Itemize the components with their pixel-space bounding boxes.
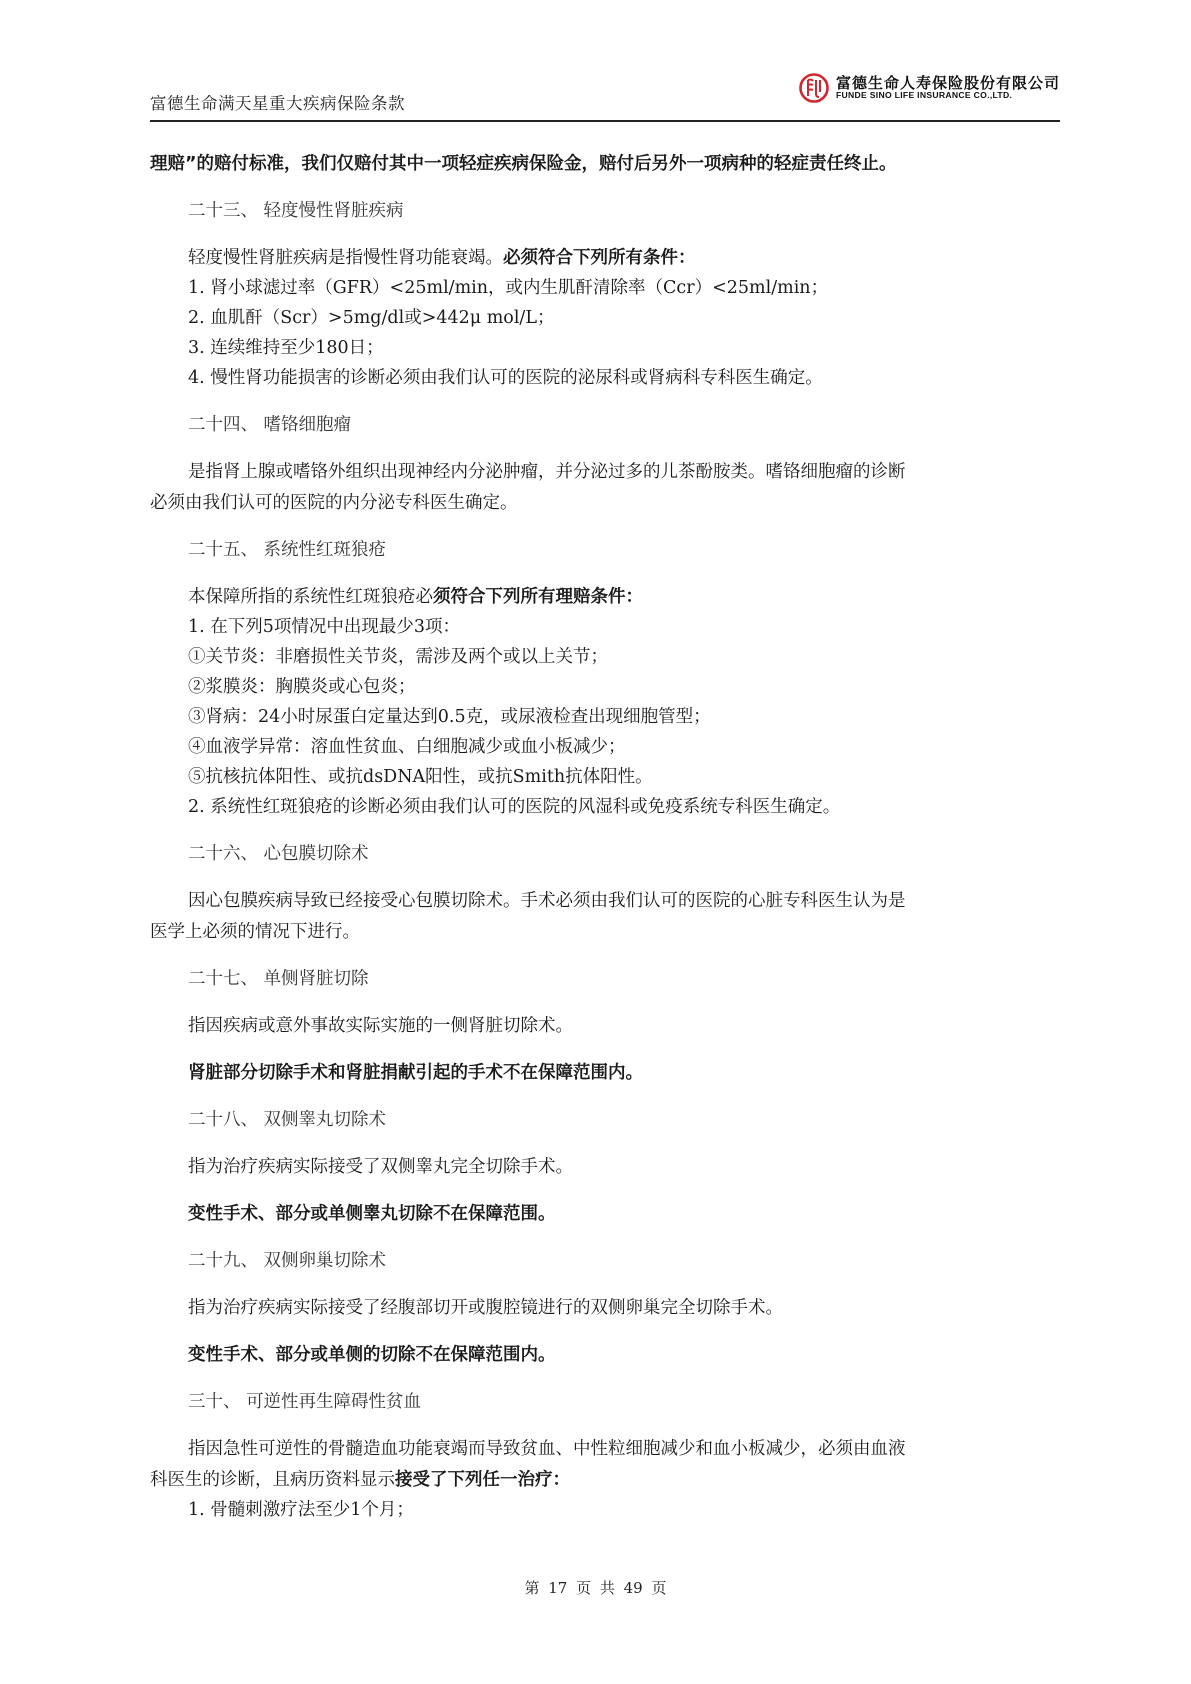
paragraph-text: 科医生的诊断，且病历资料显示 [150,1470,395,1490]
page-header: 富德生命满天星重大疾病保险条款 富德生命人寿保险股份有限公司 FUNDE SIN… [150,68,1060,122]
exclusion-note: 变性手术、部分或单侧的切除不在保障范围内。 [188,1341,556,1366]
section-paragraph: 指因急性可逆性的骨髓造血功能衰竭而导致贫血、中性粒细胞减少和血小板减少，必须由血… [188,1435,906,1460]
lead-text: 本保障所指的系统性红斑狼疮必 [188,587,433,607]
exclusion-note: 变性手术、部分或单侧睾丸切除不在保障范围。 [188,1200,556,1225]
lead-bold-text: 必须符合下列所有条件： [503,248,696,268]
list-item: ⑤抗核抗体阳性、或抗dsDNA阳性，或抗Smith抗体阳性。 [188,763,653,788]
section-heading-24: 二十四、 嗜铬细胞瘤 [188,411,351,436]
section-paragraph: 医学上必须的情况下进行。 [150,918,360,943]
intro-bold-line: 理赔”的赔付标准，我们仅赔付其中一项轻症疾病保险金，赔付后另外一项病种的轻症责任… [150,150,897,175]
lead-bold-text: 须符合下列所有理赔条件： [433,587,643,607]
section-paragraph: 因心包膜疾病导致已经接受心包膜切除术。手术必须由我们认可的医院的心脏专科医生认为… [188,887,906,912]
lead-text: 轻度慢性肾脏疾病是指慢性肾功能衰竭。 [188,248,503,268]
list-item: 1. 肾小球滤过率（GFR）<25ml/min，或内生肌酐清除率（Ccr）<25… [188,274,828,299]
section-paragraph: 指为治疗疾病实际接受了双侧睾丸完全切除手术。 [188,1153,573,1178]
list-item: 2. 血肌酐（Scr）>5mg/dl或>442μ mol/L； [188,304,554,329]
list-item: 3. 连续维持至少180日； [188,334,384,359]
document-title: 富德生命满天星重大疾病保险条款 [150,90,405,114]
list-item: ③肾病：24小时尿蛋白定量达到0.5克，或尿液检查出现细胞管型； [188,703,711,728]
list-item: ②浆膜炎：胸膜炎或心包炎； [188,673,416,698]
section-lead-25: 本保障所指的系统性红斑狼疮必须符合下列所有理赔条件： [188,583,643,608]
section-lead-23: 轻度慢性肾脏疾病是指慢性肾功能衰竭。必须符合下列所有条件： [188,244,696,269]
list-item: ①关节炎：非磨损性关节炎，需涉及两个或以上关节； [188,643,608,668]
company-logo: 富德生命人寿保险股份有限公司 FUNDE SINO LIFE INSURANCE… [798,72,1060,104]
company-name-en: FUNDE SINO LIFE INSURANCE CO.,LTD. [836,91,1060,100]
list-item: ④血液学异常：溶血性贫血、白细胞减少或血小板减少； [188,733,626,758]
company-name-cn: 富德生命人寿保险股份有限公司 [836,76,1060,92]
list-item: 4. 慢性肾功能损害的诊断必须由我们认可的医院的泌尿科或肾病科专科医生确定。 [188,364,823,389]
exclusion-note: 肾脏部分切除手术和肾脏捐献引起的手术不在保障范围内。 [188,1059,643,1084]
section-heading-25: 二十五、 系统性红斑狼疮 [188,536,386,561]
section-paragraph: 指因疾病或意外事故实际实施的一侧肾脏切除术。 [188,1012,573,1037]
list-item: 1. 骨髓刺激疗法至少1个月； [188,1496,414,1521]
section-heading-29: 二十九、 双侧卵巢切除术 [188,1247,386,1272]
section-paragraph: 必须由我们认可的医院的内分泌专科医生确定。 [150,489,518,514]
section-paragraph: 指为治疗疾病实际接受了经腹部切开或腹腔镜进行的双侧卵巢完全切除手术。 [188,1294,783,1319]
section-heading-30: 三十、 可逆性再生障碍性贫血 [188,1388,421,1413]
section-paragraph: 科医生的诊断，且病历资料显示接受了下列任一治疗： [150,1466,570,1491]
list-item: 1. 在下列5项情况中出现最少3项： [188,613,460,638]
list-item: 2. 系统性红斑狼疮的诊断必须由我们认可的医院的风湿科或免疫系统专科医生确定。 [188,793,840,818]
section-heading-28: 二十八、 双侧睾丸切除术 [188,1106,386,1131]
paragraph-bold-text: 接受了下列任一治疗： [395,1470,570,1490]
section-paragraph: 是指肾上腺或嗜铬外组织出现神经内分泌肿瘤，并分泌过多的儿茶酚胺类。嗜铬细胞瘤的诊… [188,458,906,483]
section-heading-27: 二十七、 单侧肾脏切除 [188,965,369,990]
funde-sino-logo-icon [798,72,830,104]
page-number: 第 17 页 共 49 页 [0,1577,1191,1598]
section-heading-23: 二十三、 轻度慢性肾脏疾病 [188,197,404,222]
section-heading-26: 二十六、 心包膜切除术 [188,840,369,865]
